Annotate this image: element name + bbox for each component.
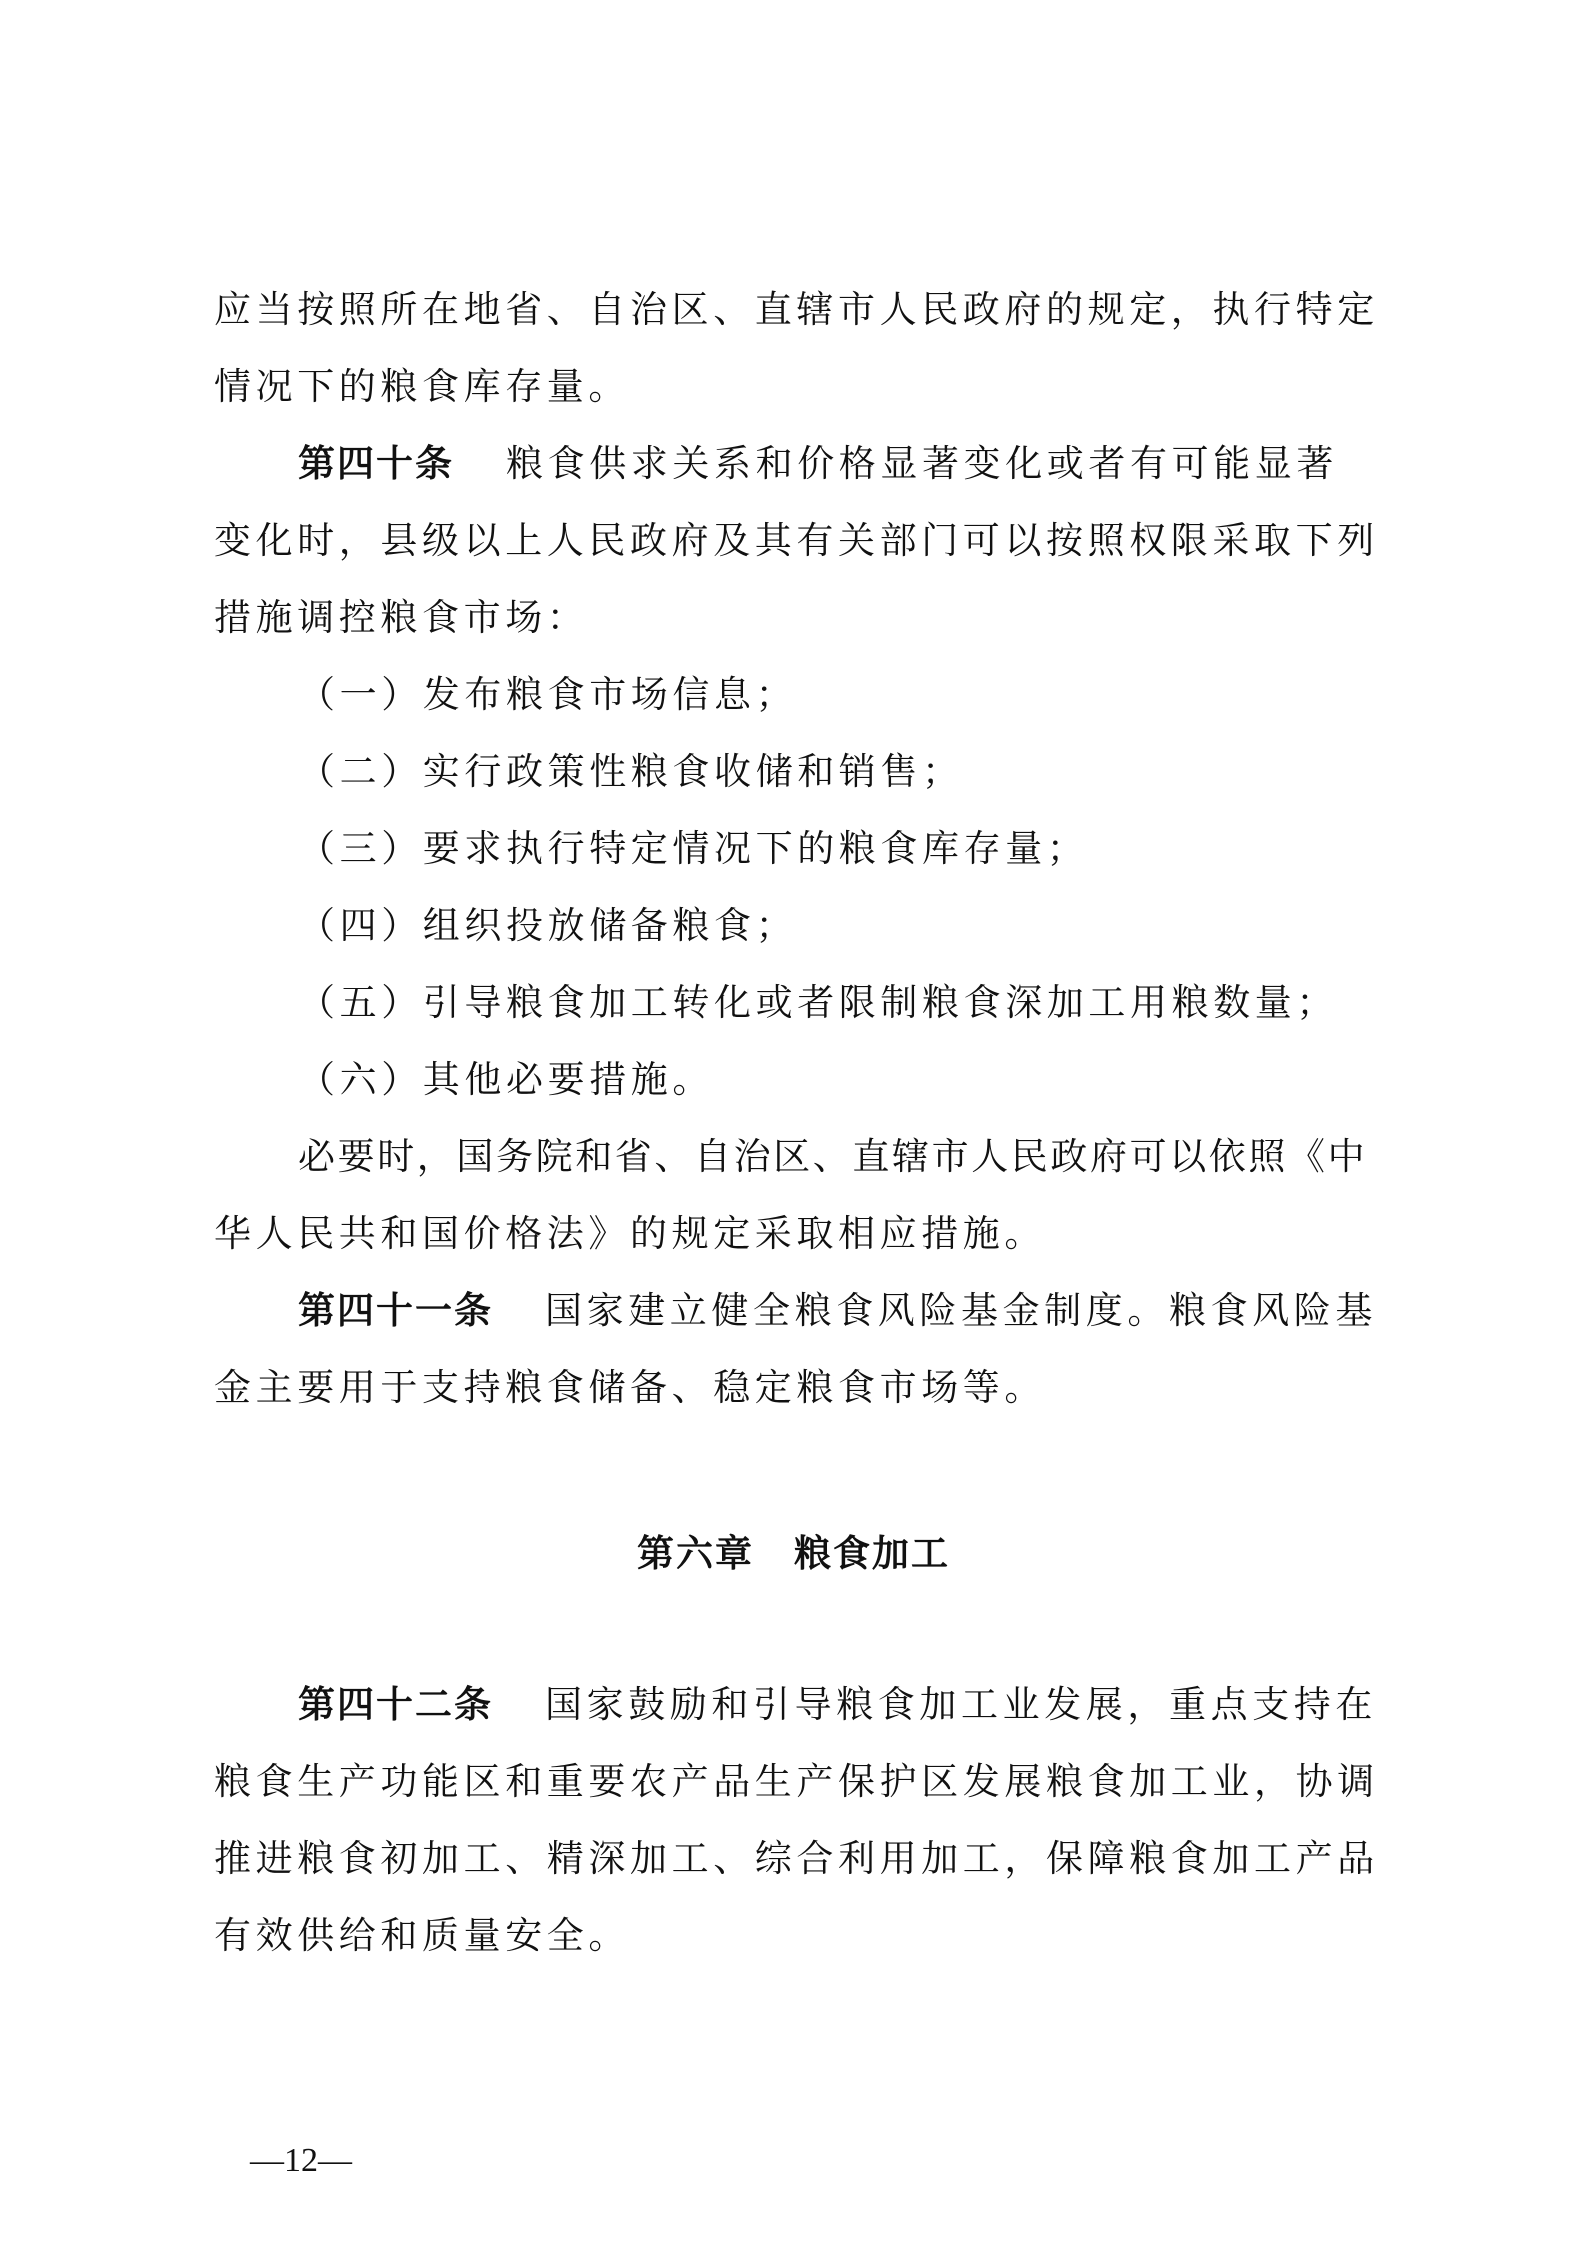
article-42-text-2: 粮食生产功能区和重要农产品生产保护区发展粮食加工业，协调: [214, 1760, 1394, 1804]
article-41-text-2: 金主要用于支持粮食储备、稳定粮食市场等。: [214, 1366, 1394, 1410]
list-item-5: （五）引导粮食加工转化或者限制粮食深加工用粮数量；: [298, 981, 1478, 1025]
chapter-heading: 第六章粮食加工: [0, 1532, 1587, 1576]
article-40-first-line: 第四十条粮食供求关系和价格显著变化或者有可能显著: [298, 442, 1478, 486]
article-42-text-3: 推进粮食初加工、精深加工、综合利用加工，保障粮食加工产品: [214, 1837, 1394, 1881]
article-42-text-4: 有效供给和质量安全。: [214, 1914, 1394, 1958]
article-40-para2-line-2: 华人民共和国价格法》的规定采取相应措施。: [214, 1212, 1394, 1256]
article-40-title: 第四十条: [298, 442, 454, 485]
article-41-title: 第四十一条: [298, 1289, 493, 1332]
chapter-title: 粮食加工: [794, 1532, 950, 1575]
article-40-text-1: 粮食供求关系和价格显著变化或者有可能显著: [506, 442, 1338, 485]
list-item-2: （二）实行政策性粮食收储和销售；: [298, 750, 1478, 794]
article-42-title: 第四十二条: [298, 1683, 493, 1726]
article-42-first-line: 第四十二条国家鼓励和引导粮食加工业发展，重点支持在: [298, 1683, 1478, 1727]
document-page: 应当按照所在地省、自治区、直辖市人民政府的规定，执行特定 情况下的粮食库存量。 …: [0, 0, 1587, 2245]
article-40-para2-line-1: 必要时，国务院和省、自治区、直辖市人民政府可以依照《中: [298, 1135, 1478, 1179]
article-41-first-line: 第四十一条国家建立健全粮食风险基金制度。粮食风险基: [298, 1289, 1478, 1333]
article-41-text-1: 国家建立健全粮食风险基金制度。粮食风险基: [545, 1289, 1377, 1332]
continuation-line-1: 应当按照所在地省、自治区、直辖市人民政府的规定，执行特定: [214, 288, 1394, 332]
page-number: —12—: [250, 2141, 352, 2181]
continuation-line-2: 情况下的粮食库存量。: [214, 365, 1394, 409]
article-40-text-2: 变化时，县级以上人民政府及其有关部门可以按照权限采取下列: [214, 519, 1394, 563]
list-item-6: （六）其他必要措施。: [298, 1058, 1478, 1102]
article-42-text-1: 国家鼓励和引导粮食加工业发展，重点支持在: [545, 1683, 1377, 1726]
article-40-text-3: 措施调控粮食市场：: [214, 596, 1394, 640]
list-item-4: （四）组织投放储备粮食；: [298, 904, 1478, 948]
list-item-1: （一）发布粮食市场信息；: [298, 673, 1478, 717]
chapter-number: 第六章: [637, 1532, 754, 1575]
list-item-3: （三）要求执行特定情况下的粮食库存量；: [298, 827, 1478, 871]
